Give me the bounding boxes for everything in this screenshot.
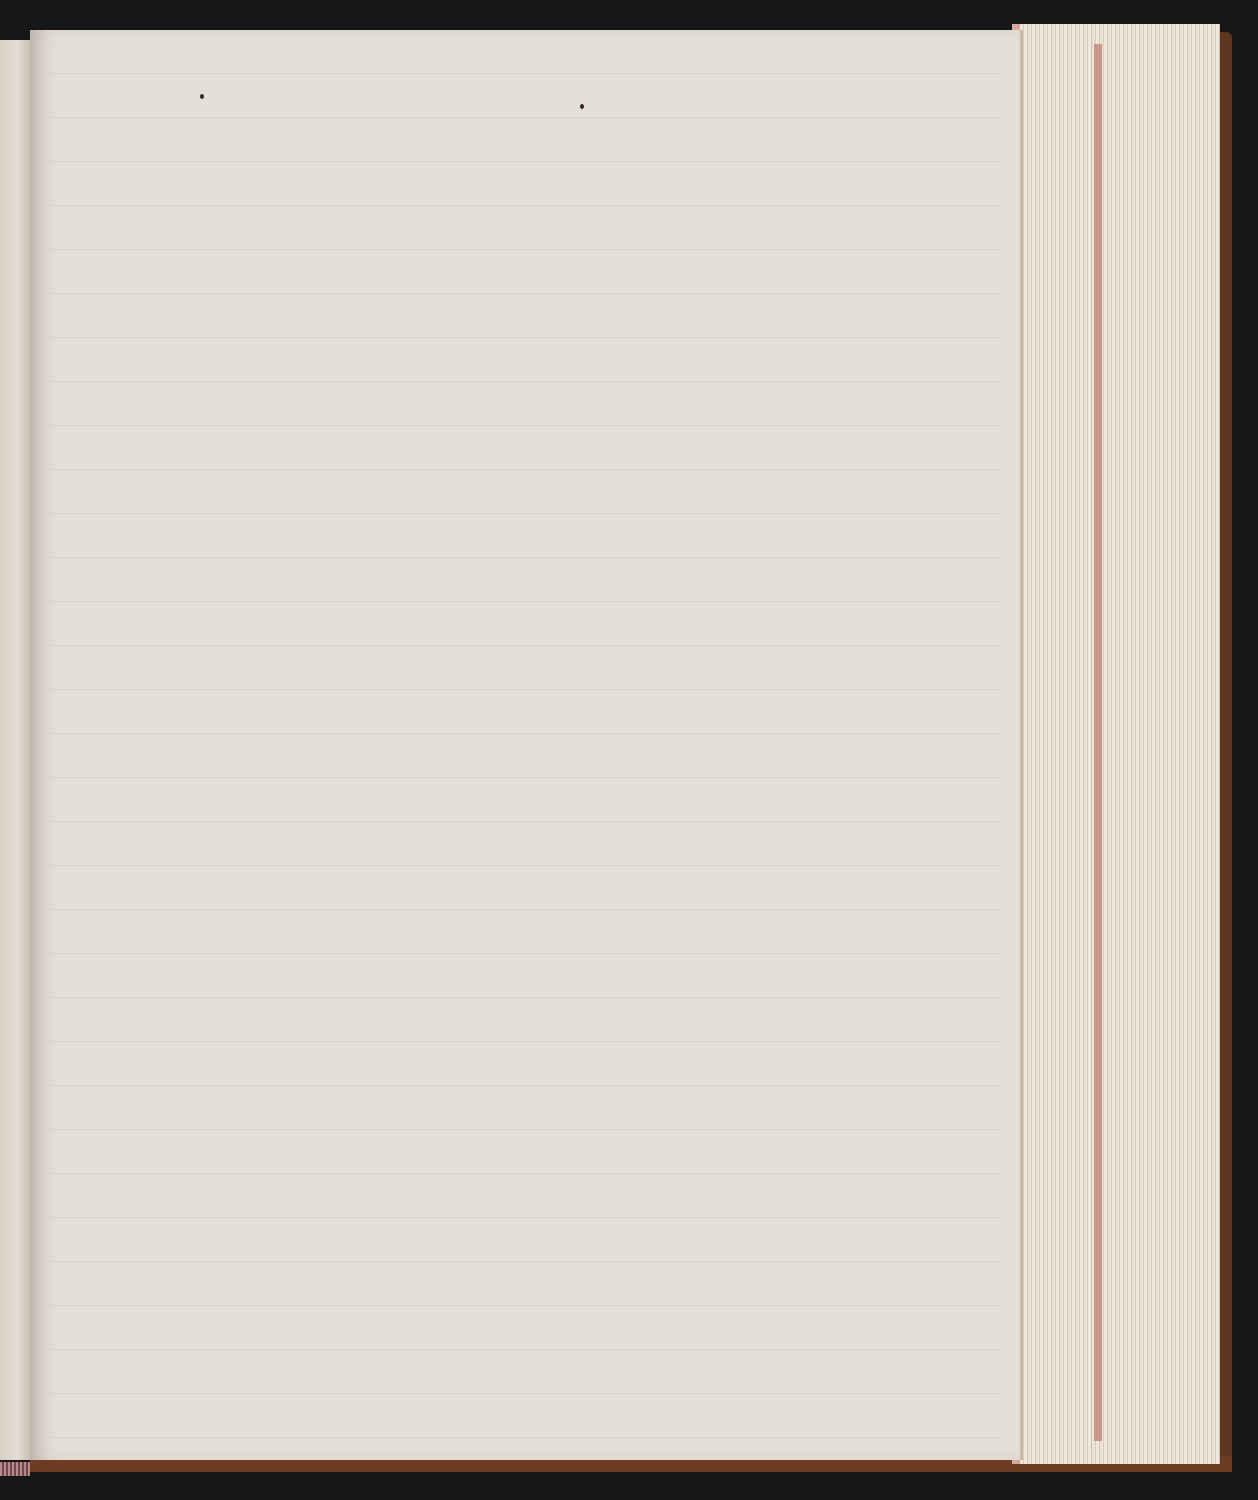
- page-block-edges: [1012, 24, 1220, 1464]
- ruled-lines: [50, 30, 1000, 1460]
- ink-spot: [200, 94, 204, 99]
- manuscript-page: [30, 30, 1023, 1460]
- ink-spot: [580, 104, 584, 109]
- book-photograph: [0, 0, 1258, 1500]
- left-cover-headband: [0, 1462, 30, 1476]
- left-page-edge: [0, 40, 32, 1460]
